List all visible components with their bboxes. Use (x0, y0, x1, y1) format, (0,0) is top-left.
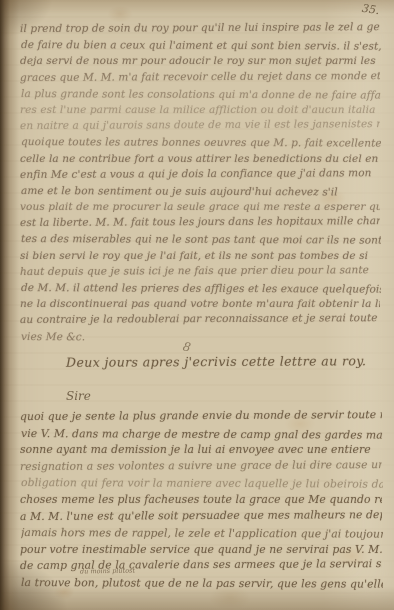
handwritten-line: obligation qui fera voir la maniere avec… (21, 475, 383, 493)
paragraph-block-2: quoi que je sente la plus grande envie d… (20, 409, 382, 592)
section-divider-mark: 8 (182, 339, 192, 354)
handwritten-line: quoi que je sente la plus grande envie d… (20, 407, 382, 425)
handwritten-line: au contraire je la redoublerai par recon… (20, 310, 380, 328)
handwritten-line: choses meme les plus facheuses toute la … (20, 492, 382, 509)
handwritten-line: enfin Me c'est a vous a qui je dois la c… (20, 165, 380, 183)
handwritten-line: en naitre a qui j'aurois sans doute de m… (20, 116, 380, 134)
handwritten-line: si bien servi le roy que je l'ai fait, e… (20, 248, 380, 264)
handwritten-line: la plus grande sont les consolations qui… (21, 86, 381, 104)
interlinear-insertion: du moins plutost (80, 567, 135, 576)
handwritten-line: vies Me &c. (21, 329, 381, 347)
section-heading: Deux jours apres j'ecrivis cette lettre … (66, 353, 366, 370)
handwritten-line: deja servi de nous mr pour adoucir le ro… (20, 53, 380, 69)
handwritten-line: haut depuis que je suis ici je ne fais q… (20, 262, 380, 280)
handwritten-line: de M. M. il attend les prieres des affli… (21, 280, 381, 298)
handwritten-line: vie V. M. dans ma charge de mestre de ca… (21, 426, 383, 444)
handwritten-line: la trouve bon, plutost que de ne la pas … (21, 575, 383, 593)
handwritten-line: a M. M. l'une est qu'elle soit persuadee… (20, 507, 382, 525)
handwritten-line: graces que M. M. m'a fait recevoir celle… (20, 68, 380, 86)
handwritten-line: celle la ne contribue fort a vous attire… (20, 151, 380, 167)
handwritten-line: sonne ayant ma demission je la lui ai en… (20, 442, 382, 459)
handwritten-line: de camp gnal de la cavalerie dans ses ar… (20, 556, 382, 574)
paragraph-block-1: il prend trop de soin du roy pour qu'il … (20, 21, 380, 345)
salutation: Sire (66, 389, 91, 403)
manuscript-page: 35. il prend trop de soin du roy pour qu… (0, 0, 394, 610)
handwritten-line: tes a des miserables qui ne le sont pas … (21, 231, 381, 249)
handwritten-line: resignation a ses volontes a suivre une … (20, 457, 382, 475)
handwritten-line: de faire du bien a ceux qui l'aiment et … (21, 37, 381, 55)
handwritten-line: il prend trop de soin du roy pour qu'il … (20, 19, 380, 37)
handwritten-line: est la liberte. M. M. fait tous les jour… (20, 213, 380, 231)
handwritten-line: jamais hors mes de rappel, le zele et l'… (21, 525, 383, 543)
handwritten-line: quoique toutes les autres bonnes oeuvres… (21, 134, 381, 152)
folio-number: 35. (361, 2, 380, 18)
handwritten-line: ame et le bon sentiment ou je suis aujou… (21, 183, 381, 201)
